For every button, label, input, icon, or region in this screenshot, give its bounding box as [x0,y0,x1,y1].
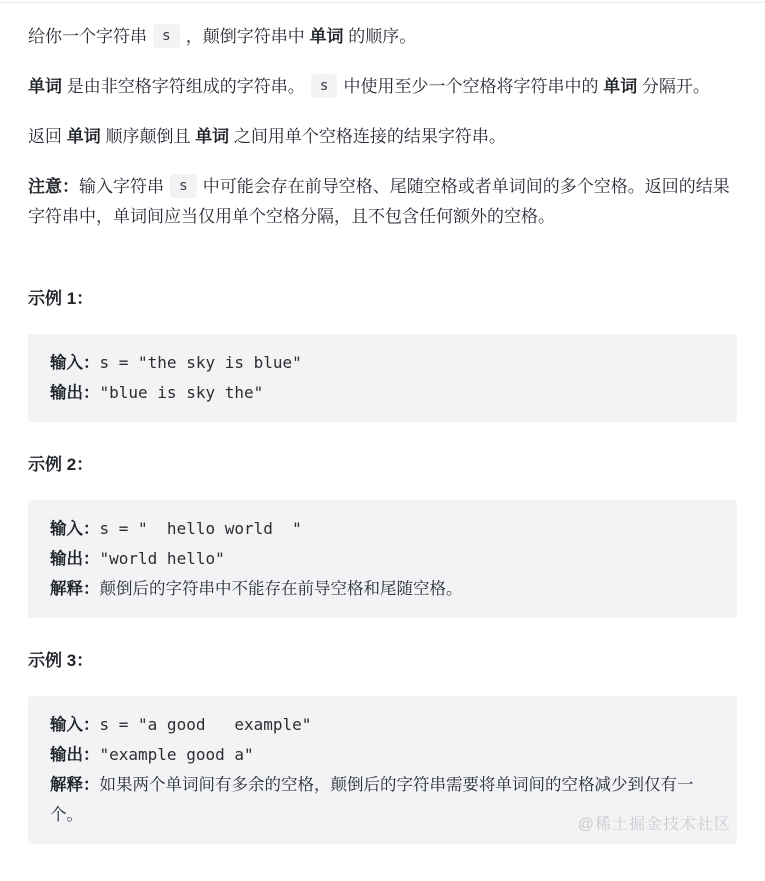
example-3-heading: 示例 3： [28,646,737,676]
input-value: s = " hello world " [100,519,302,538]
output-value: "world hello" [100,549,225,568]
text-run: 顺序颠倒且 [101,127,195,146]
example-2-output-line: 输出："world hello" [50,544,715,574]
example-3-output-line: 输出："example good a" [50,740,715,770]
problem-description-page: 给你一个字符串s，颠倒字符串中 单词 的顺序。 单词 是由非空格字符组成的字符串… [0,0,765,844]
example-1-input-line: 输入：s = "the sky is blue" [50,348,715,378]
intro-paragraph: 给你一个字符串s，颠倒字符串中 单词 的顺序。 [28,22,737,52]
inline-code-s: s [170,174,197,198]
bold-term-word: 单词 [67,127,101,146]
input-label: 输入： [50,354,100,372]
input-value: s = "a good example" [100,715,312,734]
text-run: 的顺序。 [343,27,416,46]
text-run: 是由非空格字符组成的字符串。 [62,77,305,96]
top-divider [0,2,765,3]
output-label: 输出： [50,384,100,402]
text-run: 分隔开。 [637,77,710,96]
output-label: 输出： [50,550,100,568]
text-run: 中使用至少一个空格将字符串中的 [343,77,603,96]
example-3-code-block: 输入：s = "a good example" 输出："example good… [28,696,737,844]
bold-term-word: 单词 [603,77,637,96]
example-2-input-line: 输入：s = " hello world " [50,514,715,544]
input-label: 输入： [50,716,100,734]
input-label: 输入： [50,520,100,538]
example-3-explanation-line: 解释：如果两个单词间有多余的空格，颠倒后的字符串需要将单词间的空格减少到仅有一个… [50,770,715,830]
output-label: 输出： [50,746,100,764]
explanation-value: 颠倒后的字符串中不能存在前导空格和尾随空格。 [100,580,463,598]
text-run: 之间用单个空格连接的结果字符串。 [229,127,506,146]
text-run: 给你一个字符串 [28,27,147,46]
text-run: 输入字符串 [79,177,164,196]
bold-term-word: 单词 [195,127,229,146]
input-value: s = "the sky is blue" [100,353,302,372]
explanation-value: 如果两个单词间有多余的空格，颠倒后的字符串需要将单词间的空格减少到仅有一个。 [50,776,694,824]
word-definition-paragraph: 单词 是由非空格字符组成的字符串。s中使用至少一个空格将字符串中的 单词 分隔开… [28,72,737,102]
note-label: 注意： [28,177,79,196]
output-value: "example good a" [100,745,254,764]
example-2-heading: 示例 2： [28,450,737,480]
example-1-code-block: 输入：s = "the sky is blue" 输出："blue is sky… [28,334,737,422]
inline-code-s: s [311,74,338,98]
example-1-heading: 示例 1： [28,284,737,314]
return-paragraph: 返回 单词 顺序颠倒且 单词 之间用单个空格连接的结果字符串。 [28,122,737,152]
text-run: ，颠倒字符串中 [186,27,310,46]
example-2-code-block: 输入：s = " hello world " 输出："world hello" … [28,500,737,618]
bold-term-word: 单词 [309,27,343,46]
explanation-label: 解释： [50,776,100,794]
note-paragraph: 注意：输入字符串s中可能会存在前导空格、尾随空格或者单词间的多个空格。返回的结果… [28,172,737,232]
text-run: 返回 [28,127,67,146]
output-value: "blue is sky the" [100,383,264,402]
bold-term-word: 单词 [28,77,62,96]
explanation-label: 解释： [50,580,100,598]
inline-code-s: s [153,24,180,48]
example-3-input-line: 输入：s = "a good example" [50,710,715,740]
example-1-output-line: 输出："blue is sky the" [50,378,715,408]
example-2-explanation-line: 解释：颠倒后的字符串中不能存在前导空格和尾随空格。 [50,574,715,604]
